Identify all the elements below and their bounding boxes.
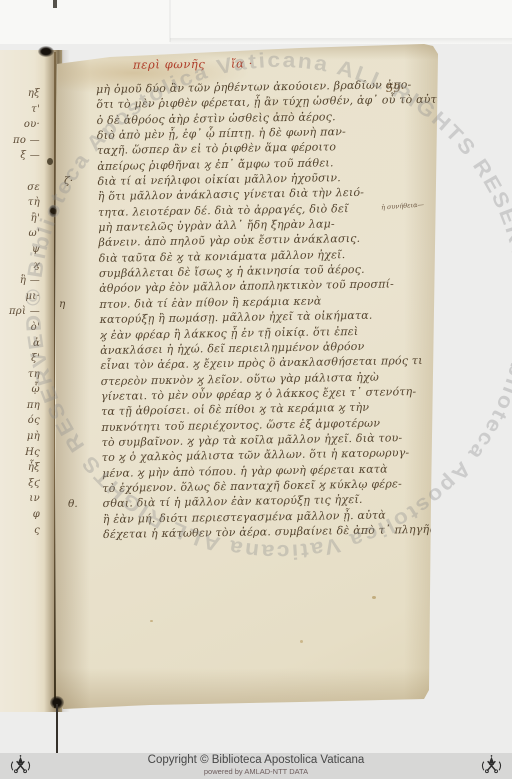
facing-page-text-fragment: πο —: [0, 133, 40, 149]
facing-page-text-fragment: ἀ: [0, 336, 40, 352]
facing-page-text-fragment: ω': [0, 226, 40, 242]
bookmark-thread: [56, 704, 58, 756]
facing-page-text-fragment: ηξ: [0, 86, 40, 102]
binding-notch-middle: [49, 205, 57, 217]
facing-page-text-fragment: ἧξ: [0, 460, 40, 476]
binding-notch-middle: [47, 158, 53, 165]
facing-page-text-fragment: ξ': [0, 351, 40, 367]
binding-thread-top: [53, 0, 57, 8]
facing-page-text-fragment: Ης: [0, 445, 40, 461]
parchment-speck: [150, 620, 153, 622]
manuscript-page: περὶ φωνῆς ἴα · 59· μὴ ὁμοῦ δύο ἂν τῶν ῥ…: [0, 0, 512, 779]
footer-copyright: Copyright © Biblioteca Apostolica Vatica…: [0, 754, 512, 767]
facing-page-text-fragment: ου·: [0, 117, 40, 133]
facing-page-text-fragment: ἢ': [0, 211, 40, 227]
facing-page-text-fragment: [0, 538, 40, 554]
facing-page-text-fragment: τη: [0, 367, 40, 383]
upper-page-crease: [169, 0, 171, 42]
facing-page-text-fragment: φ: [0, 507, 40, 523]
page-bottom-shading: [55, 668, 439, 710]
scan-viewer-canvas: ηξτ'ου·πο —ξ —σετὴἢ'ω'ψϗἣ —μι·πρὶ —ὸ'ἀξ'…: [0, 0, 512, 779]
facing-page-text-fragment: ᾧ: [0, 382, 40, 398]
facing-page-text-fragment: ς: [0, 523, 40, 539]
facing-page-text-fragment: ὸ': [0, 320, 40, 336]
facing-page-text-fragment: ψ: [0, 242, 40, 258]
vatican-library-emblem-icon: [480, 755, 503, 776]
manuscript-text-block: μὴ ὁμοῦ δύο ἂν τῶν ῥηθέντων ἀκούοιεν. βρ…: [96, 78, 419, 543]
facing-page-text-fragment: ξ —: [0, 148, 40, 164]
facing-page-text-fragment: μι·: [0, 289, 40, 305]
margin-mark-eta: η: [59, 298, 65, 310]
facing-page-text-fragment: μὴ: [0, 429, 40, 445]
facing-page-text-fragment: ξϛ: [0, 476, 40, 492]
facing-page-text-fragment: ός: [0, 413, 40, 429]
facing-page-text-fragment: σε: [0, 180, 40, 196]
facing-page-text-fragment: ἣ —: [0, 273, 40, 289]
parchment-speck: [372, 596, 376, 599]
facing-page-text-fragment: πρὶ —: [0, 304, 40, 320]
upper-page-shadow: [170, 38, 512, 44]
chapter-title: περὶ φωνῆς ἴα ·: [133, 56, 253, 71]
facing-page-text-fragment: πη: [0, 398, 40, 414]
margin-mark-zeta: ζ·: [64, 175, 73, 187]
facing-page-text-fragment: τὴ: [0, 195, 40, 211]
facing-page-text-fragment: ιν: [0, 491, 40, 507]
page-left-shading: [56, 50, 90, 710]
binding-notch-top: [38, 46, 54, 57]
footer-bar: Copyright © Biblioteca Apostolica Vatica…: [0, 753, 512, 779]
footer-powered-by: powered by AMLAD-NTT DATA: [0, 767, 512, 776]
margin-mark-theta: θ.: [68, 498, 78, 510]
facing-page-text-fragment: ϗ: [0, 258, 40, 274]
facing-page-text-column: ηξτ'ου·πο —ξ —σετὴἢ'ω'ψϗἣ —μι·πρὶ —ὸ'ἀξ'…: [0, 86, 40, 554]
facing-page-text-fragment: [0, 164, 40, 180]
parchment-speck: [300, 640, 303, 643]
facing-page-text-fragment: τ': [0, 102, 40, 118]
